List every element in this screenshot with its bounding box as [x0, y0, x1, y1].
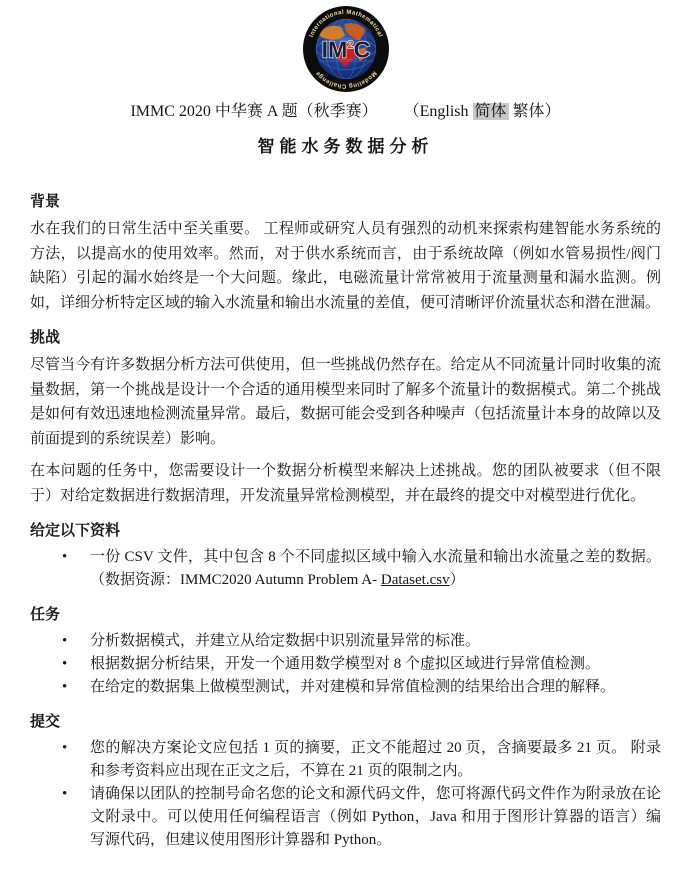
lang-space-1 — [469, 103, 473, 120]
dataset-csv-link[interactable]: Dataset.csv — [381, 572, 450, 588]
list-item: 根据数据分析结果，开发一个通用数学模型对 8 个虚拟区域进行异常值检测。 — [90, 653, 661, 676]
list-item: 一份 CSV 文件，其中包含 8 个不同虚拟区域中输入水流量和输出水流量之差的数… — [90, 546, 661, 592]
materials-list: 一份 CSV 文件，其中包含 8 个不同虚拟区域中输入水流量和输出水流量之差的数… — [30, 546, 661, 592]
background-paragraph: 水在我们的日常生活中至关重要。 工程师或研究人员有强烈的动机来探索构建智能水务系… — [30, 217, 661, 315]
section-submission: 提交 您的解决方案论文应包括 1 页的摘要，正文不能超过 20 页，含摘要最多 … — [30, 712, 661, 852]
materials-bullet-close: ） — [450, 572, 465, 588]
section-tasks: 任务 分析数据模式，并建立从给定数据中识别流量异常的标准。 根据数据分析结果，开… — [30, 605, 661, 699]
list-item: 分析数据模式，并建立从给定数据中识别流量异常的标准。 — [90, 630, 661, 653]
challenge-paragraph-1: 尽管当今有许多数据分析方法可供使用，但一些挑战仍然存在。给定从不同流量计同时收集… — [30, 353, 661, 451]
section-background: 背景 水在我们的日常生活中至关重要。 工程师或研究人员有强烈的动机来探索构建智能… — [30, 192, 661, 315]
challenge-paragraph-2: 在本问题的任务中，您需要设计一个数据分析模型来解决上述挑战。您的团队被要求（但不… — [30, 459, 661, 508]
lang-open-paren: （ — [404, 103, 420, 120]
section-heading-background: 背景 — [30, 192, 661, 212]
language-switcher: （English 简体 繁体） — [404, 103, 561, 120]
list-item: 您的解决方案论文应包括 1 页的摘要，正文不能超过 20 页，含摘要最多 21 … — [90, 737, 661, 783]
materials-bullet-text: 一份 CSV 文件，其中包含 8 个不同虚拟区域中输入水流量和输出水流量之差的数… — [90, 549, 661, 588]
lang-option-simplified[interactable]: 简体 — [473, 103, 509, 120]
lang-option-english[interactable]: English — [420, 103, 469, 120]
list-item: 在给定的数据集上做模型测试，并对建模和异常值检测的结果给出合理的解释。 — [90, 676, 661, 699]
logo-imc-text: IM2C — [321, 37, 370, 63]
section-heading-materials: 给定以下资料 — [30, 521, 661, 541]
section-heading-submission: 提交 — [30, 712, 661, 732]
section-challenge: 挑战 尽管当今有许多数据分析方法可供使用，但一些挑战仍然存在。给定从不同流量计同… — [30, 328, 661, 508]
list-item: 请确保以团队的控制号命名您的论文和源代码文件，您可将源代码文件作为附录放在论文附… — [90, 783, 661, 852]
tasks-list: 分析数据模式，并建立从给定数据中识别流量异常的标准。 根据数据分析结果，开发一个… — [30, 630, 661, 699]
section-heading-challenge: 挑战 — [30, 328, 661, 348]
section-materials: 给定以下资料 一份 CSV 文件，其中包含 8 个不同虚拟区域中输入水流量和输出… — [30, 521, 661, 592]
submission-list: 您的解决方案论文应包括 1 页的摘要，正文不能超过 20 页，含摘要最多 21 … — [30, 737, 661, 852]
document-header: International Mathematical Modeling Chal… — [30, 6, 661, 158]
document-page: International Mathematical Modeling Chal… — [0, 0, 691, 852]
lang-option-traditional[interactable]: 繁体 — [513, 103, 545, 120]
lang-close-paren: ） — [545, 103, 561, 120]
section-heading-tasks: 任务 — [30, 605, 661, 625]
immc-logo-graphic: International Mathematical Modeling Chal… — [303, 6, 389, 92]
document-subtitle: 智能水务数据分析 — [30, 135, 661, 158]
title-main: IMMC 2020 中华赛 A 题（秋季赛） — [130, 103, 377, 120]
page-title: IMMC 2020 中华赛 A 题（秋季赛）（English 简体 繁体） — [30, 101, 661, 122]
immc-logo: International Mathematical Modeling Chal… — [303, 6, 389, 92]
